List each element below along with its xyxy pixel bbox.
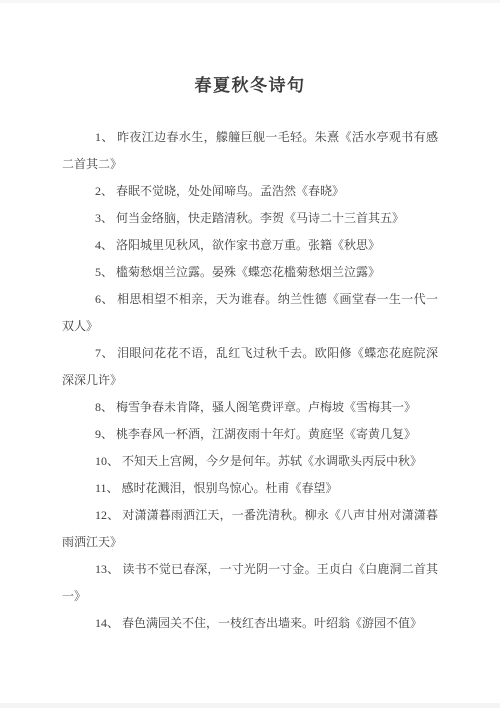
poem-item-4: 4、 洛阳城里见秋风，欲作家书意万重。张籍《秋思》 [62,232,438,259]
poem-item-11: 11、 感时花溅泪，恨别鸟惊心。杜甫《春望》 [62,475,438,502]
poem-item-5: 5、 槛菊愁烟兰泣露。晏殊《蝶恋花槛菊愁烟兰泣露》 [62,259,438,286]
poem-item-14: 14、 春色满园关不住，一枝红杏出墙来。叶绍翁《游园不值》 [62,610,438,637]
poem-item-3: 3、 何当金络脑，快走踏清秋。李贺《马诗二十三首其五》 [62,205,438,232]
poem-item-10: 10、 不知天上宫阙，今夕是何年。苏轼《水调歌头丙辰中秋》 [62,448,438,475]
poem-item-8: 8、 梅雪争春未肯降，骚人阁笔费评章。卢梅坡《雪梅其一》 [62,394,438,421]
poem-item-12: 12、 对潇潇暮雨洒江天，一番洗清秋。柳永《八声甘州对潇潇暮雨洒江天》 [62,502,438,556]
poem-item-13: 13、 读书不觉已春深，一寸光阴一寸金。王贞白《白鹿洞二首其一》 [62,556,438,610]
poem-item-1: 1、 昨夜江边春水生，艨艟巨舰一毛轻。朱熹《活水亭观书有感二首其二》 [62,124,438,178]
document-page: 春夏秋冬诗句 1、 昨夜江边春水生，艨艟巨舰一毛轻。朱熹《活水亭观书有感二首其二… [0,0,500,708]
poem-item-9: 9、 桃李春风一杯酒，江湖夜雨十年灯。黄庭坚《寄黄几复》 [62,421,438,448]
page-title: 春夏秋冬诗句 [0,0,500,96]
poem-list: 1、 昨夜江边春水生，艨艟巨舰一毛轻。朱熹《活水亭观书有感二首其二》 2、 春眠… [62,124,438,637]
poem-item-2: 2、 春眠不觉晓，处处闻啼鸟。孟浩然《春晓》 [62,178,438,205]
page-top-edge [0,0,500,3]
poem-item-7: 7、 泪眼问花花不语，乱红飞过秋千去。欧阳修《蝶恋花庭院深深深几许》 [62,340,438,394]
poem-item-6: 6、 相思相望不相亲，天为谁春。纳兰性德《画堂春一生一代一双人》 [62,286,438,340]
page-bottom-edge [0,703,500,708]
